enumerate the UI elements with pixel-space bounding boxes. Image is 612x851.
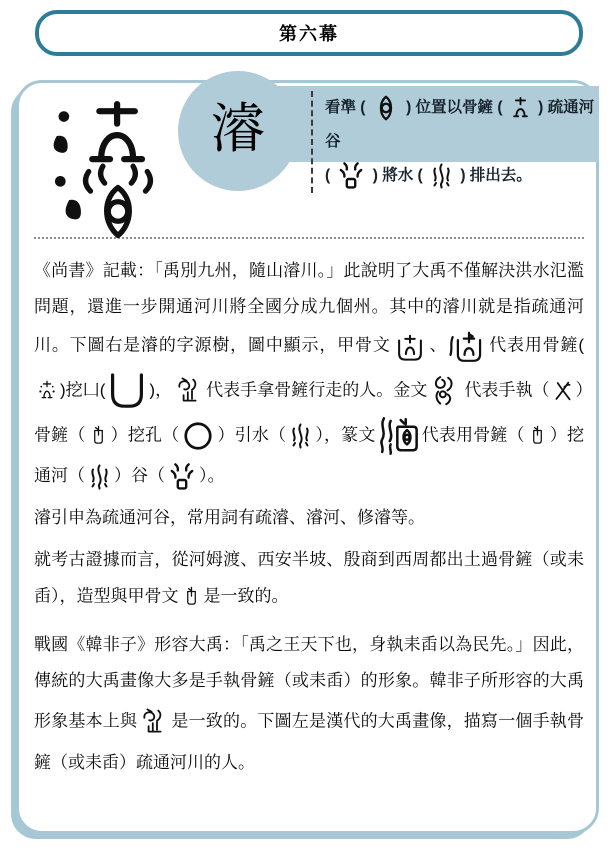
- entry-definition: 看準 ( ) 位置以骨鏟 ( ) 疏通河谷( ) 將水 ( ) 排出去。: [311, 91, 607, 193]
- water-icon: [288, 419, 313, 453]
- content-panel: 濬 看準 ( ) 位置以骨鏟 ( ) 疏通河谷( ) 將水 ( ) 排出去。 《…: [16, 80, 599, 834]
- act-header: 第六幕: [35, 10, 583, 56]
- water-icon: [429, 159, 454, 193]
- body-paragraph: 就考古證據而言，從河姆渡、西安半坡、殷商到西周都出土過骨鏟（或耒臿），造型與甲骨…: [34, 542, 584, 618]
- text-run: ) 位置以骨鏟 (: [402, 99, 507, 116]
- spade-icon: [509, 92, 532, 124]
- oracle-jun-b-icon: [449, 324, 486, 368]
- text-run: ) 將水 (: [368, 167, 427, 184]
- text-run: ）挖孔（: [111, 426, 180, 445]
- body-paragraph: 戰國《韓非子》形容大禹：「禹之王天下也，身執耒臿以為民先。」因此，傳統的大禹畫像…: [34, 627, 584, 780]
- text-run: )挖凵(: [60, 381, 105, 400]
- text-run: 、: [429, 336, 448, 355]
- zhuanwen-jun-icon: [378, 414, 420, 458]
- entry-banner: 濬 看準 ( ) 位置以骨鏟 ( ) 疏通河谷( ) 將水 ( ) 排出去。: [19, 83, 596, 237]
- spade-dotted-icon: [36, 373, 58, 409]
- spade-tall-icon: [88, 416, 109, 456]
- walker-icon: [174, 368, 204, 414]
- walker-icon: [139, 699, 169, 745]
- body-paragraph: 濬引申為疏通河谷，常用詞有疏濬、濬河、修濬等。: [34, 500, 584, 536]
- valley-icon: [336, 160, 366, 192]
- text-run: 就考古證據而言，從河姆渡、西安半坡、殷商到西周都出土過骨鏟（或耒臿），造型與甲骨…: [34, 550, 584, 606]
- text-run: 是一致的。: [204, 587, 289, 606]
- spade-tall-icon: [527, 416, 548, 456]
- valley-icon: [167, 461, 197, 493]
- text-run: 代表用骨鏟（: [422, 426, 525, 445]
- text-run: ）谷（: [114, 466, 165, 485]
- text-run: ）引水（: [217, 426, 286, 445]
- act-title: 第六幕: [279, 20, 339, 46]
- text-run: 代表用骨鏟(: [488, 336, 584, 355]
- text-run: ）。: [199, 466, 225, 485]
- body-paragraph: 《尚書》記載：「禹別九州，隨山濬川。」此說明了大禹不僅解決洪水氾濫問題，還進一步…: [34, 253, 584, 494]
- entry-character: 濬: [211, 102, 265, 156]
- circle-icon: [181, 419, 215, 453]
- text-run: )，: [149, 381, 172, 400]
- oracle-jun-a-icon: [393, 325, 427, 367]
- text-run: 濬引申為疏通河谷，常用詞有疏濬、濬河、修濬等。: [34, 508, 425, 527]
- spade-tall-icon: [181, 577, 202, 617]
- text-run: 代表手執（: [464, 381, 549, 400]
- jinwen-jun-icon: [429, 369, 462, 413]
- hand-icon: [552, 378, 574, 404]
- eye-icon: [372, 94, 400, 122]
- text-run: ) 排出去。: [456, 167, 532, 184]
- text-run: ），篆文: [315, 426, 375, 445]
- u-shape-icon: [107, 371, 147, 411]
- page: { "header": { "title": "第六幕" }, "entry":…: [0, 0, 612, 851]
- text-run: 看準 (: [325, 99, 370, 116]
- oracle-jun-large-icon: [39, 97, 181, 239]
- water-icon: [87, 460, 112, 494]
- text-run: (: [325, 167, 334, 184]
- body-text: 《尚書》記載：「禹別九州，隨山濬川。」此說明了大禹不僅解決洪水氾濫問題，還進一步…: [19, 239, 596, 781]
- text-run: 代表手拿骨鏟行走的人。金文: [206, 381, 427, 400]
- entry-circle: 濬: [178, 71, 298, 191]
